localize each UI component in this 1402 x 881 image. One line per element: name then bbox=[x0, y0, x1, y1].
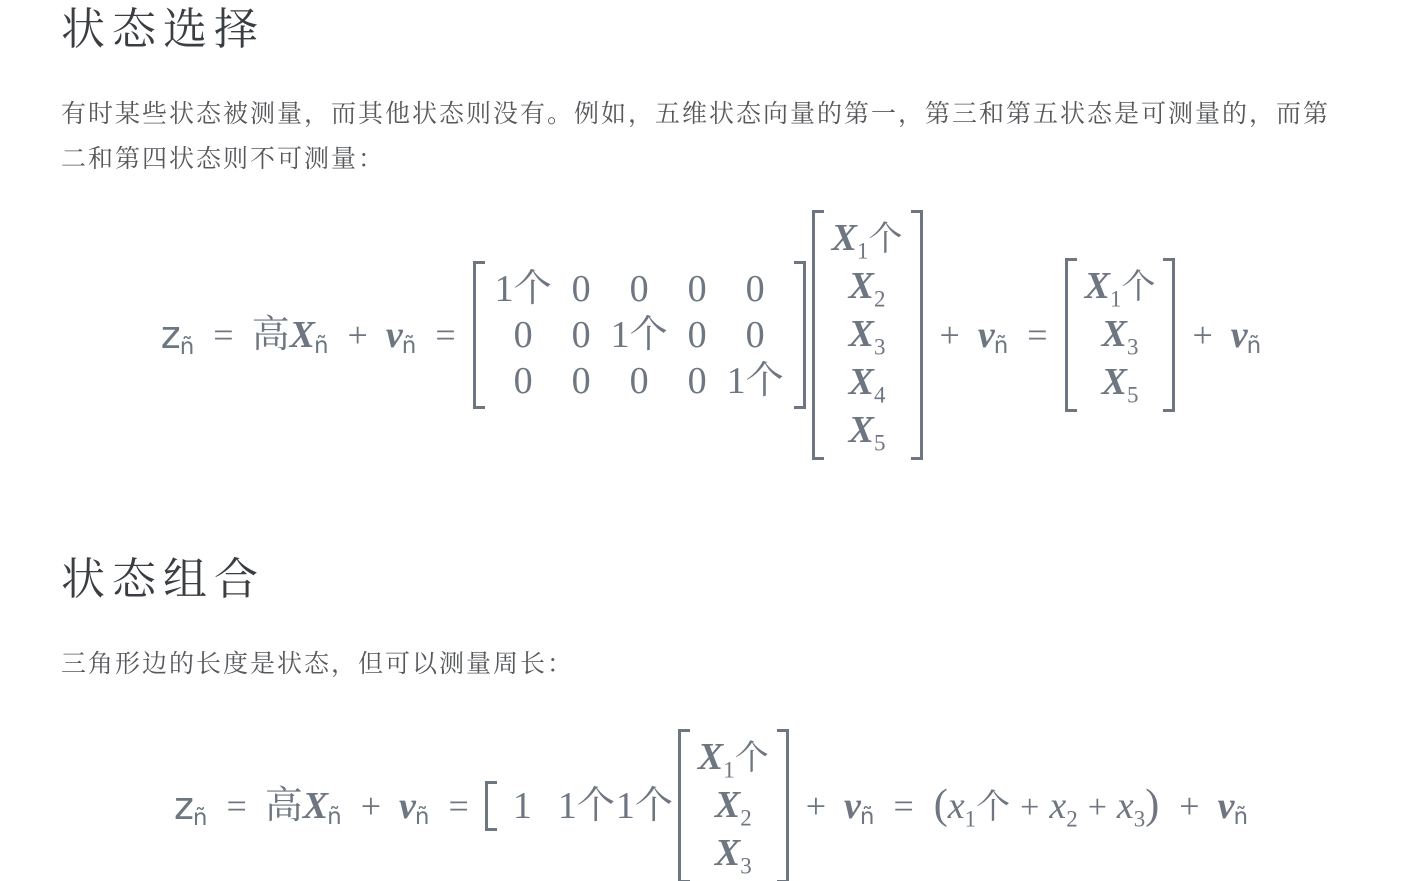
x-symbol: x bbox=[948, 785, 965, 827]
vector-entry: X2 bbox=[849, 264, 886, 310]
equals-operator: = bbox=[213, 317, 233, 353]
entry-suffix: 个 bbox=[976, 789, 1010, 826]
row-vector-cell: 1个 bbox=[558, 787, 615, 825]
right-bracket bbox=[1163, 258, 1175, 412]
x-subscript: 1 bbox=[1110, 287, 1122, 312]
matrix-cell: 1个 bbox=[727, 359, 784, 403]
vector-entry: X5 bbox=[849, 408, 886, 454]
vector-column: X1个 X3 X5 bbox=[1079, 258, 1162, 412]
x-subscript: 3 bbox=[740, 854, 752, 879]
matrix-cell: 0 bbox=[630, 359, 649, 403]
plus-operator: + bbox=[1020, 791, 1039, 825]
term-v: vñ bbox=[399, 787, 430, 825]
right-bracket bbox=[911, 210, 923, 460]
x-symbol: X bbox=[849, 313, 874, 355]
vector-entry: X1个 bbox=[698, 735, 769, 781]
vector-column: X1个 X2 X3 bbox=[692, 729, 775, 881]
entry-suffix: 个 bbox=[735, 740, 769, 777]
x-symbol: X bbox=[1102, 313, 1127, 355]
x-subscript: 1 bbox=[965, 807, 977, 832]
term-v: vñ bbox=[386, 316, 417, 354]
x-subscript: 2 bbox=[1066, 807, 1078, 832]
plus-operator: + bbox=[1192, 317, 1212, 353]
v-symbol: v bbox=[978, 316, 995, 354]
x-symbol: x bbox=[1049, 785, 1066, 827]
left-bracket bbox=[812, 210, 824, 460]
x-subscript: 1 bbox=[723, 758, 735, 783]
x-subscript: 5 bbox=[1127, 383, 1139, 408]
paragraph-line: 有时某些状态被测量，而其他状态则没有。例如，五维状态向量的第一，第三和第五状态是… bbox=[61, 92, 1362, 137]
state-vector: X1个 X2 X3 X4 X5 bbox=[812, 210, 923, 460]
term-v: vñ bbox=[1218, 787, 1249, 825]
term-z: zñ bbox=[161, 316, 196, 354]
observation-row-vector: 1 1个 1个 bbox=[485, 781, 673, 831]
v-symbol: v bbox=[1231, 316, 1248, 354]
matrix-cell: 0 bbox=[572, 359, 591, 403]
section-heading-state-selection: 状态选择 bbox=[61, 4, 1362, 56]
left-paren: ( bbox=[934, 787, 948, 825]
matrix-cell: 0 bbox=[572, 267, 591, 311]
x-subscript: 3 bbox=[1127, 335, 1139, 360]
paragraph-state-combination: 三角形边的长度是状态，但可以测量周长： bbox=[61, 642, 1362, 687]
x-subscript: 2 bbox=[740, 806, 752, 831]
H-symbol: 高 bbox=[252, 316, 290, 354]
entry-suffix: 个 bbox=[869, 221, 903, 258]
vector-entry: X3 bbox=[1102, 312, 1139, 358]
paragraph-state-selection: 有时某些状态被测量，而其他状态则没有。例如，五维状态向量的第一，第三和第五状态是… bbox=[61, 92, 1362, 182]
x-subscript: 3 bbox=[1134, 807, 1146, 832]
section-heading-state-combination: 状态组合 bbox=[61, 554, 1362, 606]
matrix-grid: 1个 0 0 0 0 0 0 1个 0 0 0 0 0 0 1个 bbox=[487, 261, 792, 409]
paragraph-line: 三角形边的长度是状态，但可以测量周长： bbox=[61, 642, 1362, 687]
plus-operator: + bbox=[1088, 791, 1107, 825]
equals-operator: = bbox=[435, 317, 455, 353]
row-vector-cell: 1个 bbox=[616, 787, 673, 825]
x-symbol: X bbox=[698, 736, 723, 778]
matrix-cell: 0 bbox=[630, 267, 649, 311]
vector-column: X1个 X2 X3 X4 X5 bbox=[826, 210, 909, 460]
v-symbol: v bbox=[399, 787, 416, 825]
X-symbol: X bbox=[303, 787, 328, 825]
plus-operator: + bbox=[806, 788, 826, 824]
z-symbol: z bbox=[174, 787, 194, 825]
x-subscript: 1 bbox=[857, 239, 869, 264]
x-subscript: 2 bbox=[874, 287, 886, 312]
matrix-cell: 1个 bbox=[495, 267, 552, 311]
vector-entry: X3 bbox=[849, 312, 886, 358]
matrix-cell: 0 bbox=[688, 267, 707, 311]
x-subscript: 3 bbox=[874, 335, 886, 360]
vector-entry: X1个 bbox=[1085, 264, 1156, 310]
vector-entry: X2 bbox=[715, 783, 752, 829]
equals-operator: = bbox=[1027, 317, 1047, 353]
paragraph-line: 二和第四状态则不可测量： bbox=[61, 137, 1362, 182]
equation-state-selection: zñ = 高Xñ + vñ = 1个 0 0 0 0 0 0 1个 0 0 0 … bbox=[61, 210, 1362, 460]
H-symbol: 高 bbox=[265, 787, 303, 825]
term-z: zñ bbox=[174, 787, 209, 825]
left-bracket bbox=[485, 781, 497, 831]
x-symbol: X bbox=[1102, 361, 1127, 403]
term-Hx: 高Xñ bbox=[265, 787, 343, 825]
left-bracket bbox=[473, 261, 485, 409]
vector-entry: X1个 bbox=[832, 216, 903, 262]
x-symbol: X bbox=[1085, 265, 1110, 307]
vector-entry: X3 bbox=[715, 831, 752, 877]
observation-matrix: 1个 0 0 0 0 0 0 1个 0 0 0 0 0 0 1个 bbox=[473, 261, 806, 409]
page: { "colors": { "background": "#ffffff", "… bbox=[0, 0, 1402, 881]
equation-state-combination: zñ = 高Xñ + vñ = 1 1个 1个 X1个 X2 X3 + vñ =… bbox=[61, 729, 1362, 881]
x-symbol: X bbox=[849, 265, 874, 307]
state-vector: X1个 X2 X3 bbox=[678, 729, 789, 881]
z-symbol: z bbox=[161, 316, 181, 354]
entry-suffix: 个 bbox=[1121, 269, 1155, 306]
matrix-cell: 0 bbox=[514, 313, 533, 357]
x-symbol: x bbox=[1117, 785, 1134, 827]
X-symbol: X bbox=[290, 316, 315, 354]
left-bracket bbox=[1065, 258, 1077, 412]
vector-entry: X5 bbox=[1102, 360, 1139, 406]
matrix-cell: 1个 bbox=[611, 313, 668, 357]
x-symbol: X bbox=[715, 832, 740, 874]
x-symbol: X bbox=[715, 784, 740, 826]
matrix-cell: 0 bbox=[746, 267, 765, 311]
x-symbol: X bbox=[849, 409, 874, 451]
v-symbol: v bbox=[386, 316, 403, 354]
row-vector-cell: 1 bbox=[513, 787, 532, 825]
plus-operator: + bbox=[361, 788, 381, 824]
left-bracket bbox=[678, 729, 690, 881]
plus-operator: + bbox=[348, 317, 368, 353]
x-subscript: 5 bbox=[874, 431, 886, 456]
sum-term: x1个 bbox=[948, 787, 1010, 825]
sum-term: x3 bbox=[1117, 787, 1145, 825]
v-symbol: v bbox=[844, 787, 861, 825]
v-symbol: v bbox=[1218, 787, 1235, 825]
result-vector: X1个 X3 X5 bbox=[1065, 258, 1176, 412]
right-bracket bbox=[777, 729, 789, 881]
vector-entry: X4 bbox=[849, 360, 886, 406]
term-v: vñ bbox=[844, 787, 875, 825]
term-v: vñ bbox=[1231, 316, 1262, 354]
matrix-cell: 0 bbox=[688, 359, 707, 403]
x-symbol: X bbox=[832, 217, 857, 259]
matrix-cell: 0 bbox=[688, 313, 707, 357]
matrix-cell: 0 bbox=[746, 313, 765, 357]
matrix-cell: 0 bbox=[572, 313, 591, 357]
right-paren: ) bbox=[1145, 787, 1159, 825]
plus-operator: + bbox=[940, 317, 960, 353]
equals-operator: = bbox=[893, 788, 913, 824]
right-bracket bbox=[794, 261, 806, 409]
matrix-cell: 0 bbox=[514, 359, 533, 403]
plus-operator: + bbox=[1179, 788, 1199, 824]
x-symbol: X bbox=[849, 361, 874, 403]
sum-term: x2 bbox=[1049, 787, 1077, 825]
equals-operator: = bbox=[449, 788, 469, 824]
x-subscript: 4 bbox=[874, 383, 886, 408]
result-expression: ( x1个 + x2 + x3 ) bbox=[934, 787, 1160, 825]
term-Hx: 高Xñ bbox=[252, 316, 330, 354]
equals-operator: = bbox=[226, 788, 246, 824]
document-content: 状态选择 有时某些状态被测量，而其他状态则没有。例如，五维状态向量的第一，第三和… bbox=[0, 0, 1402, 881]
term-v: vñ bbox=[978, 316, 1009, 354]
